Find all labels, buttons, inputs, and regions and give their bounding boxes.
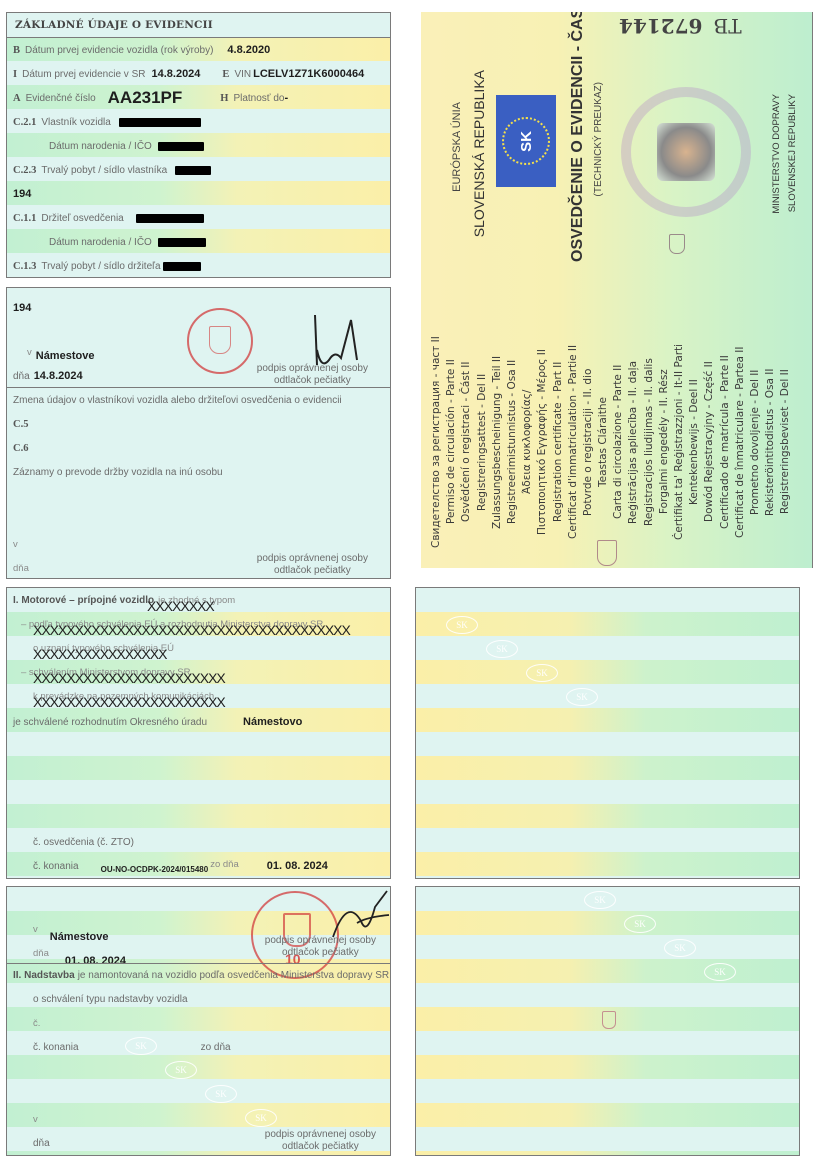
registration-place: Námestove (36, 350, 95, 362)
coat-of-arms-icon (669, 234, 685, 254)
row-c13: C.1.3 Trvalý pobyt / sídlo držiteľa (7, 254, 390, 278)
first-registration-date: 4.8.2020 (227, 44, 270, 56)
document-title: OSVEDČENIE O EVIDENCII - ČASŤ I (569, 12, 587, 262)
redacted-holder-address (163, 262, 201, 271)
c6-row: C.6 (7, 436, 390, 460)
blank-page-upper: SK SK SK SK (415, 587, 800, 879)
vin-value: LCELV1Z71K6000464 (253, 68, 364, 80)
proceedings-row: č. konania zo dňa (7, 1035, 390, 1059)
proceedings-date: 01. 08. 2024 (267, 860, 328, 872)
approval-place: Námestove (50, 931, 109, 943)
c5-row: C.5 (7, 412, 390, 436)
superstructure-heading: II. Nadstavba je namontovaná na vozidlo … (7, 963, 390, 987)
proceedings-number: OU-NO-OCDPK-2024/015480 (101, 865, 209, 874)
sr-registration-date: 14.8.2024 (151, 68, 200, 80)
transfer-signature-caption: podpis oprávnenej osoby odtlačok pečiatk… (257, 553, 368, 577)
section-title: ZÁKLADNÉ ÚDAJE O EVIDENCII (15, 19, 213, 31)
section-title-row: ZÁKLADNÉ ÚDAJE O EVIDENCII (7, 13, 390, 38)
redacted-holder (136, 214, 204, 223)
redacted-owner (119, 118, 201, 127)
row-a: A Evidenčné číslo AA231PF H Platnosť do … (7, 86, 390, 110)
redacted-holder-id (158, 238, 206, 247)
transfer-title-row: Záznamy o prevode držby vozidla na inú o… (7, 460, 390, 484)
coat-of-arms-icon (602, 1011, 616, 1029)
approved-by-row: je schválené rozhodnutím Okresného úradu… (7, 710, 390, 734)
serial-number: TB 672144 (619, 14, 742, 38)
row-c11: C.1.1 Držiteľ osvedčenia (7, 206, 390, 230)
eu-flag: SK (496, 95, 556, 187)
signature-caption: podpis oprávnenej osoby odtlačok pečiatk… (257, 363, 368, 387)
vehicle-type-panel: I. Motorové – prípojné vozidlo je zhodné… (6, 587, 391, 879)
registration-date: 14.8.2024 (34, 370, 83, 382)
blank-page-lower: SK SK SK SK (415, 886, 800, 1156)
row-num: 194 (7, 182, 390, 206)
row-c21: C.2.1 Vlastník vozidla (7, 110, 390, 134)
proceedings-row: č. konania OU-NO-OCDPK-2024/015480 zo dň… (7, 854, 390, 878)
place2-row: v (7, 1107, 390, 1131)
redacted-owner-address (175, 166, 211, 175)
row-i: I Dátum prvej evidencie v SR 14.8.2024 E… (7, 62, 390, 86)
row-c21-birth: Dátum narodenia / IČO (7, 134, 390, 158)
row-c11-birth: Dátum narodenia / IČO (7, 230, 390, 254)
coat-of-arms-icon (597, 540, 617, 566)
superstructure-panel: 10 v Námestove dňa 01. 08. 2024 podpis o… (6, 886, 391, 1156)
row-b: B Dátum prvej evidencie vozidla (rok výr… (7, 38, 390, 62)
row-c23: C.2.3 Trvalý pobyt / sídlo vlastníka (7, 158, 390, 182)
plate-number: AA231PF (108, 88, 183, 108)
approving-office: Námestovo (243, 716, 302, 728)
zto-row: č. osvedčenia (č. ZTO) (7, 830, 390, 854)
language-list: Свидетелство за регистрация - част II Pe… (429, 317, 794, 567)
registration-record-panel: 194 v Námestove dňa 14.8.2024 podpis opr… (6, 287, 391, 579)
type-approval-row: o schválení typu nadstavby vozidla (7, 987, 390, 1011)
signature-caption: podpis oprávnenej osoby odtlačok pečiatk… (265, 935, 376, 959)
number-row: č. (7, 1011, 390, 1035)
registration-basic-data-panel: ZÁKLADNÉ ÚDAJE O EVIDENCII B Dátum prvej… (6, 12, 391, 278)
hologram-seal (621, 87, 751, 217)
signature2-caption: podpis oprávnenej osoby odtlačok pečiatk… (265, 1129, 376, 1153)
redacted-owner-id (158, 142, 204, 151)
certificate-cover-panel: TB 672144 EURÓPSKA ÚNIA SLOVENSKÁ REPUBL… (421, 12, 813, 568)
change-title-row: Zmena údajov o vlastníkovi vozidla alebo… (7, 388, 390, 412)
